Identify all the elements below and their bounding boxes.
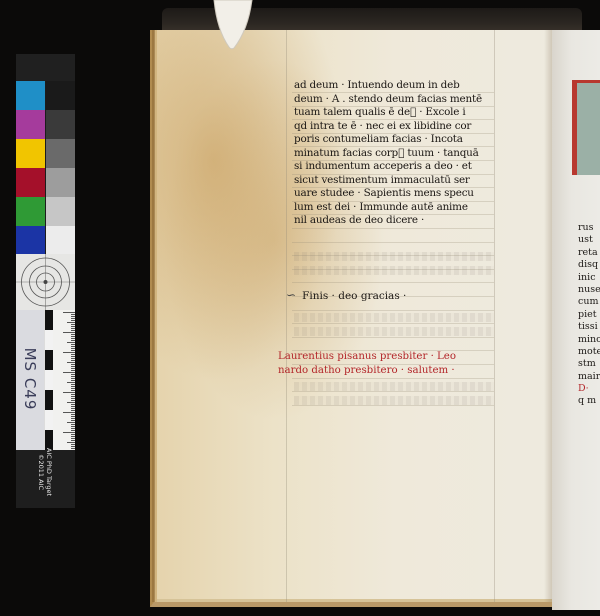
ruler-tick: [71, 406, 75, 407]
color-patch: [16, 139, 45, 168]
ruler-tick: [63, 352, 75, 353]
color-patch: [16, 110, 45, 139]
ruler-tick: [71, 404, 75, 405]
ruling-line: [286, 30, 287, 602]
target-footer: AIC PhD Target ©2011 AIC: [16, 450, 75, 508]
text-line: mote: [578, 346, 600, 358]
ruler-tick: [71, 338, 75, 339]
illuminated-initial: [572, 80, 600, 175]
ruler-tick: [67, 402, 75, 403]
ruler-tick: [71, 364, 75, 365]
text-line: tissi: [578, 321, 600, 333]
right-page-text: rusustretadisqinicnusecumpiettissiminomo…: [578, 222, 600, 408]
ruler-tick: [67, 422, 75, 423]
metric-scale: MS C49: [16, 310, 75, 450]
focus-target: [16, 254, 75, 310]
ruler-tick: [71, 388, 75, 389]
ruler-tick: [71, 380, 75, 381]
ruling-line: [292, 282, 494, 283]
show-through: [294, 252, 494, 261]
ruler-tick: [71, 354, 75, 355]
show-through: [294, 313, 494, 322]
text-line: rus: [578, 222, 600, 234]
ruler-tick: [71, 444, 75, 445]
text-line: ad deum · Intuendo deum in deb̄: [294, 79, 510, 93]
show-through: [294, 327, 494, 336]
ruler-tick: [71, 420, 75, 421]
ruling-line: [292, 391, 494, 392]
ruling-line: [292, 242, 494, 243]
text-line: deum · A . stendo deum facias mentē: [294, 93, 510, 107]
ruler-tick: [71, 360, 75, 361]
ruler-tick: [71, 336, 75, 337]
ruler-tick: [71, 358, 75, 359]
page-weight-icon: [212, 0, 254, 50]
gray-patch: [46, 81, 75, 110]
ruler-tick: [71, 340, 75, 341]
ruler-tick: [71, 330, 75, 331]
ruler-tick: [71, 344, 75, 345]
scale-bars: [45, 310, 53, 450]
ruler-tick: [71, 396, 75, 397]
target-header-strip: [16, 54, 75, 81]
ruler-tick: [71, 378, 75, 379]
flourish-icon: ∽: [286, 288, 296, 302]
ruler-tick: [71, 386, 75, 387]
ruler-tick: [71, 326, 75, 327]
text-line: piet: [578, 309, 600, 321]
text-line: stm: [578, 358, 600, 370]
text-line: qd̄ intra te ē · nec ei ex libidine cor: [294, 120, 510, 134]
text-line: D·: [578, 383, 600, 395]
ruler-tick: [71, 356, 75, 357]
color-patch: [16, 81, 45, 110]
ruler-tick: [71, 350, 75, 351]
gray-patch: [46, 110, 75, 139]
ruler-tick: [71, 430, 75, 431]
ruler-tick: [71, 426, 75, 427]
text-line: lum est dei · Immunde autē anime: [294, 201, 510, 215]
ruler-tick: [71, 376, 75, 377]
ruler-tick: [71, 416, 75, 417]
ruler-tick: [71, 398, 75, 399]
label-area: MS C49: [16, 310, 44, 450]
ruler-tick: [71, 400, 75, 401]
ruler-tick: [71, 436, 75, 437]
ruling-line: [292, 228, 494, 229]
ruling-line: [292, 310, 494, 311]
ruler-tick: [71, 418, 75, 419]
ruler-tick: [71, 448, 75, 449]
show-through: [294, 382, 494, 391]
text-line: nardo datho presbitero · salutem ·: [278, 364, 510, 378]
rubricated-heading: Laurentius pisanus presbiter · Leo nardo…: [278, 350, 510, 378]
ruler-tick: [71, 410, 75, 411]
ruler-tick: [71, 428, 75, 429]
ruler-tick: [63, 312, 75, 313]
ruler-tick: [71, 438, 75, 439]
text-line: ust: [578, 234, 600, 246]
text-line: tuam talem qualis ē de᷑ · Excole i: [294, 106, 510, 120]
ruler-tick: [71, 368, 75, 369]
ruler-tick: [71, 314, 75, 315]
ruler-tick: [67, 442, 75, 443]
show-through: [294, 396, 494, 405]
ruler-tick: [71, 434, 75, 435]
color-calibration-target: MS C49 AIC PhD Target ©2011 AIC: [16, 54, 75, 508]
ruler-tick: [67, 382, 75, 383]
text-line: mair: [578, 371, 600, 383]
ruling-line: [292, 337, 494, 338]
main-text-block: ad deum · Intuendo deum in deb̄ deum · A…: [294, 79, 510, 228]
ruler-tick: [67, 362, 75, 363]
ruler-tick: [71, 366, 75, 367]
target-credit: AIC PhD Target ©2011 AIC: [37, 439, 53, 505]
text-line: mino: [578, 334, 600, 346]
text-line: sicut vestimentum immaculatū ser: [294, 174, 510, 188]
ruler-tick: [71, 446, 75, 447]
ruler-tick: [71, 334, 75, 335]
text-line: cum: [578, 296, 600, 308]
show-through: [294, 266, 494, 275]
page-edge: [152, 30, 155, 602]
ruler: [53, 310, 75, 450]
bullseye-icon: [16, 254, 75, 310]
text-line: nuse: [578, 284, 600, 296]
ruler-tick: [71, 318, 75, 319]
ruler-tick: [71, 390, 75, 391]
ruler-tick: [71, 346, 75, 347]
ruler-tick: [71, 440, 75, 441]
color-patch: [16, 168, 45, 197]
ruler-tick: [71, 374, 75, 375]
color-patch: [16, 197, 45, 226]
gray-patch: [46, 197, 75, 226]
ruler-tick: [71, 394, 75, 395]
ruler-tick: [71, 414, 75, 415]
ruler-tick: [71, 424, 75, 425]
text-line: disq: [578, 259, 600, 271]
gray-patch: [46, 168, 75, 197]
shelfmark-label: MS C49: [16, 337, 44, 421]
text-line: inic: [578, 272, 600, 284]
ruler-tick: [71, 370, 75, 371]
color-patch: [16, 226, 45, 255]
ruler-tick: [63, 372, 75, 373]
ruler-tick: [67, 342, 75, 343]
text-line: si indumentum acceperis a deo · et: [294, 160, 510, 174]
ruler-tick: [67, 322, 75, 323]
ruler-tick: [63, 332, 75, 333]
text-line: reta: [578, 247, 600, 259]
text-line: Laurentius pisanus presbiter · Leo: [278, 350, 510, 364]
ruler-tick: [71, 316, 75, 317]
ruler-tick: [63, 412, 75, 413]
ruler-tick: [71, 320, 75, 321]
text-line: q m: [578, 395, 600, 407]
ruler-tick: [63, 432, 75, 433]
ruler-tick: [71, 324, 75, 325]
ruler-tick: [71, 384, 75, 385]
ruler-tick: [71, 328, 75, 329]
ruling-line: [292, 323, 494, 324]
gray-patch: [46, 226, 75, 255]
gray-patch: [46, 139, 75, 168]
text-line: nil audeas de deo dicere ·: [294, 214, 510, 228]
ruler-tick: [63, 392, 75, 393]
text-line: minatum facias corp᷑ tuum · tanquā: [294, 147, 510, 161]
explicit: ∽Finis · deo gracias ·: [286, 288, 506, 302]
text-line: uare studee · Sapientis mens specu: [294, 187, 510, 201]
ruler-tick: [71, 348, 75, 349]
ruler-tick: [71, 408, 75, 409]
text-line: poris contumeliam facias · Incota: [294, 133, 510, 147]
